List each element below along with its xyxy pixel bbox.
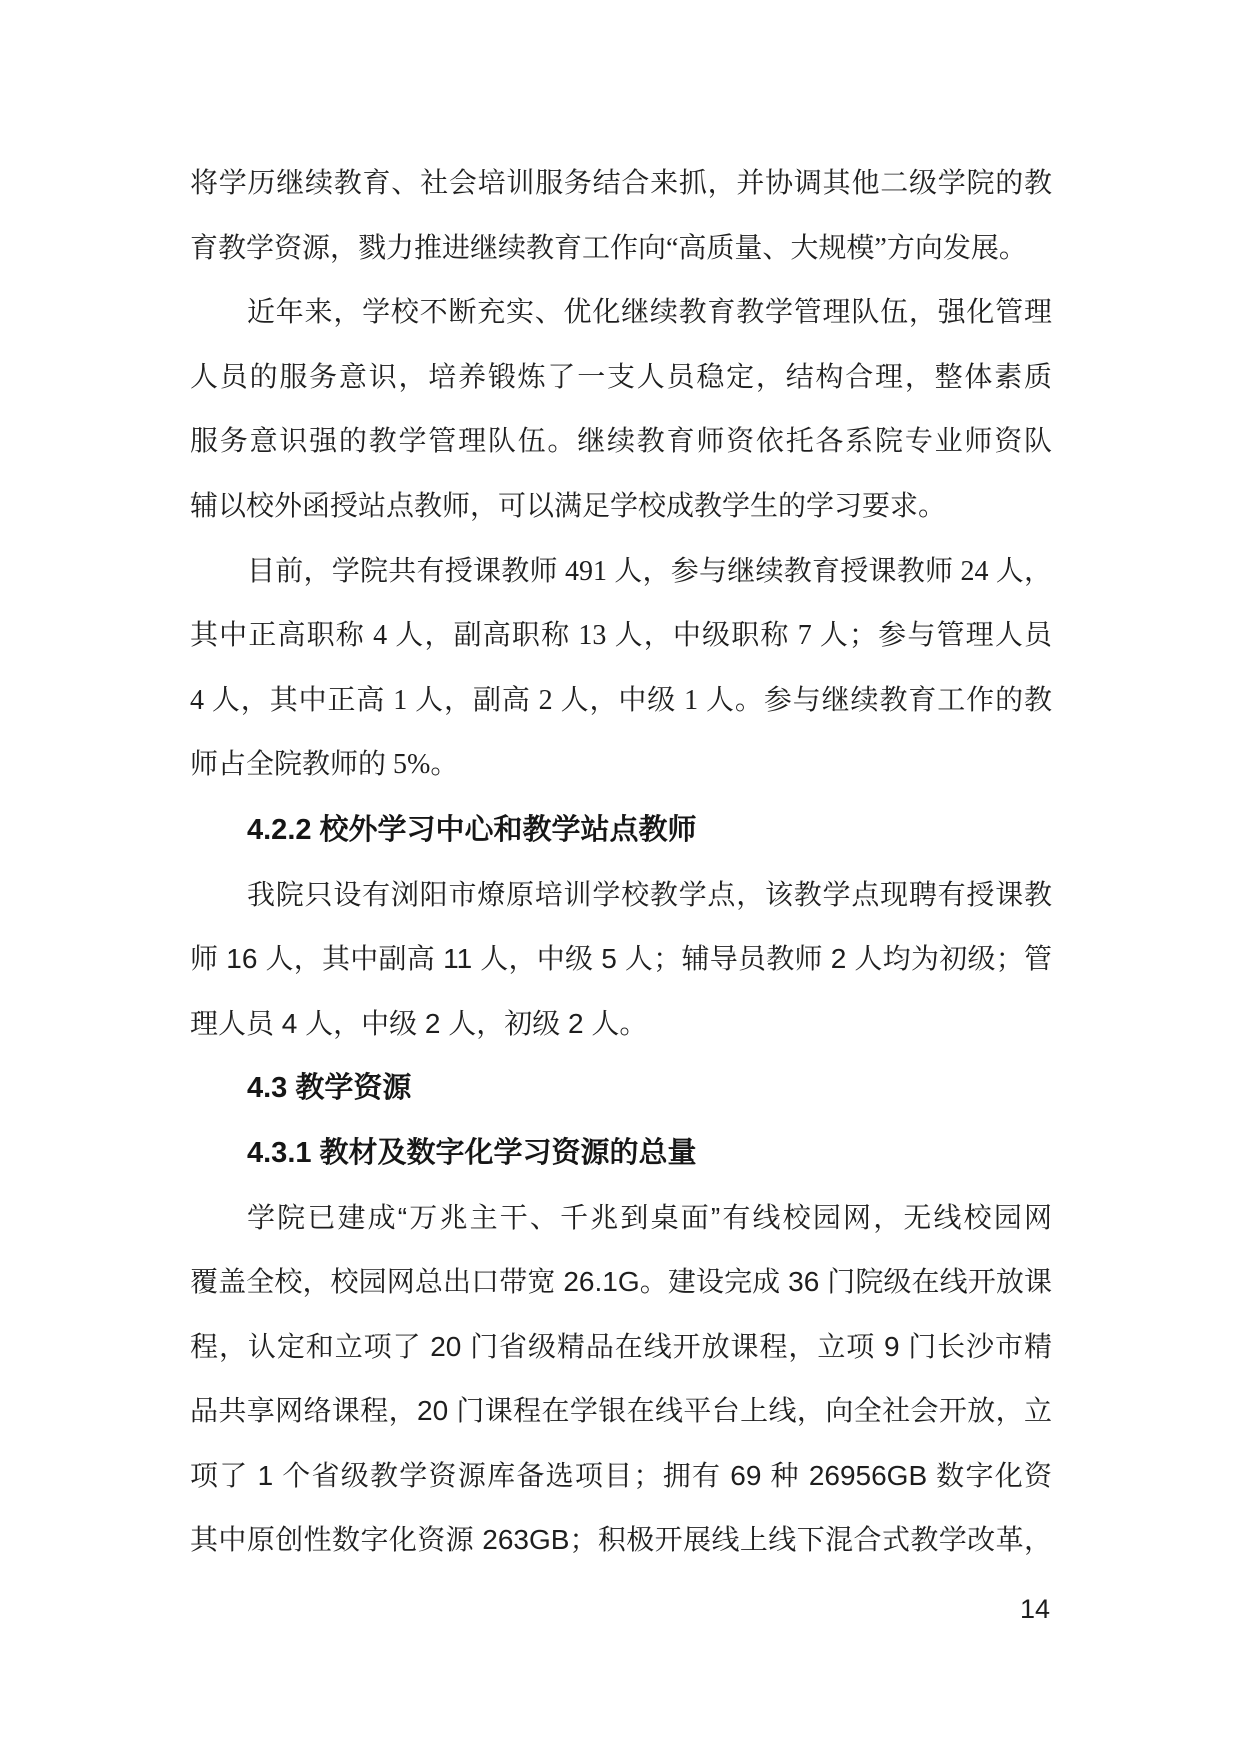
body-line: 品共享网络课程，20 门课程在学银在线平台上线，向全社会开放，立 (190, 1379, 1052, 1444)
paragraph-teaching-site: 我院只设有浏阳市燎原培训学校教学点，该教学点现聘有授课教 师 16 人，其中副高… (190, 863, 1052, 1057)
paragraph-continuation: 将学历继续教育、社会培训服务结合来抓，并协调其他二级学院的教 育教学资源，戮力推… (190, 152, 1052, 281)
section-heading-4-3: 4.3 教学资源 (190, 1056, 1052, 1121)
body-line: 辅以校外函授站点教师，可以满足学校成教学生的学习要求。 (190, 475, 1052, 540)
body-line: 其中原创性数字化资源 263GB；积极开展线上线下混合式教学改革， (190, 1508, 1052, 1573)
body-line: 育教学资源，戮力推进继续教育工作向“高质量、大规模”方向发展。 (190, 217, 1052, 282)
body-line: 师占全院教师的 5%。 (190, 733, 1052, 798)
body-line: 服务意识强的教学管理队伍。继续教育师资依托各系院专业师资队伍， (190, 410, 1052, 475)
section-heading-4-3-1: 4.3.1 教材及数字化学习资源的总量 (190, 1121, 1052, 1186)
page-content: 将学历继续教育、社会培训服务结合来抓，并协调其他二级学院的教 育教学资源，戮力推… (190, 152, 1052, 1573)
section-heading-4-2-2: 4.2.2 校外学习中心和教学站点教师 (190, 798, 1052, 863)
body-line: 目前，学院共有授课教师 491 人，参与继续教育授课教师 24 人， (190, 540, 1052, 605)
body-line: 学院已建成“万兆主干、千兆到桌面”有线校园网，无线校园网 (190, 1186, 1052, 1251)
body-line: 覆盖全校，校园网总出口带宽 26.1G。建设完成 36 门院级在线开放课 (190, 1250, 1052, 1315)
paragraph-digital-resources: 学院已建成“万兆主干、千兆到桌面”有线校园网，无线校园网 覆盖全校，校园网总出口… (190, 1186, 1052, 1574)
body-line: 项了 1 个省级教学资源库备选项目；拥有 69 种 26956GB 数字化资源， (190, 1444, 1052, 1509)
paragraph-teacher-statistics: 目前，学院共有授课教师 491 人，参与继续教育授课教师 24 人， 其中正高职… (190, 540, 1052, 798)
body-line: 其中正高职称 4 人，副高职称 13 人，中级职称 7 人；参与管理人员 (190, 604, 1052, 669)
body-line: 理人员 4 人，中级 2 人，初级 2 人。 (190, 992, 1052, 1057)
body-line: 我院只设有浏阳市燎原培训学校教学点，该教学点现聘有授课教 (190, 863, 1052, 928)
body-line: 师 16 人，其中副高 11 人，中级 5 人；辅导员教师 2 人均为初级；管 (190, 927, 1052, 992)
page-number: 14 (1020, 1594, 1050, 1625)
body-line: 近年来，学校不断充实、优化继续教育教学管理队伍，强化管理 (190, 281, 1052, 346)
body-line: 程，认定和立项了 20 门省级精品在线开放课程，立项 9 门长沙市精 (190, 1315, 1052, 1380)
body-line: 将学历继续教育、社会培训服务结合来抓，并协调其他二级学院的教 (190, 152, 1052, 217)
body-line: 4 人，其中正高 1 人，副高 2 人，中级 1 人。参与继续教育工作的教 (190, 669, 1052, 734)
document-page: 将学历继续教育、社会培训服务结合来抓，并协调其他二级学院的教 育教学资源，戮力推… (0, 0, 1240, 1754)
paragraph-management-team: 近年来，学校不断充实、优化继续教育教学管理队伍，强化管理 人员的服务意识，培养锻… (190, 281, 1052, 539)
body-line: 人员的服务意识，培养锻炼了一支人员稳定，结构合理，整体素质高， (190, 346, 1052, 411)
